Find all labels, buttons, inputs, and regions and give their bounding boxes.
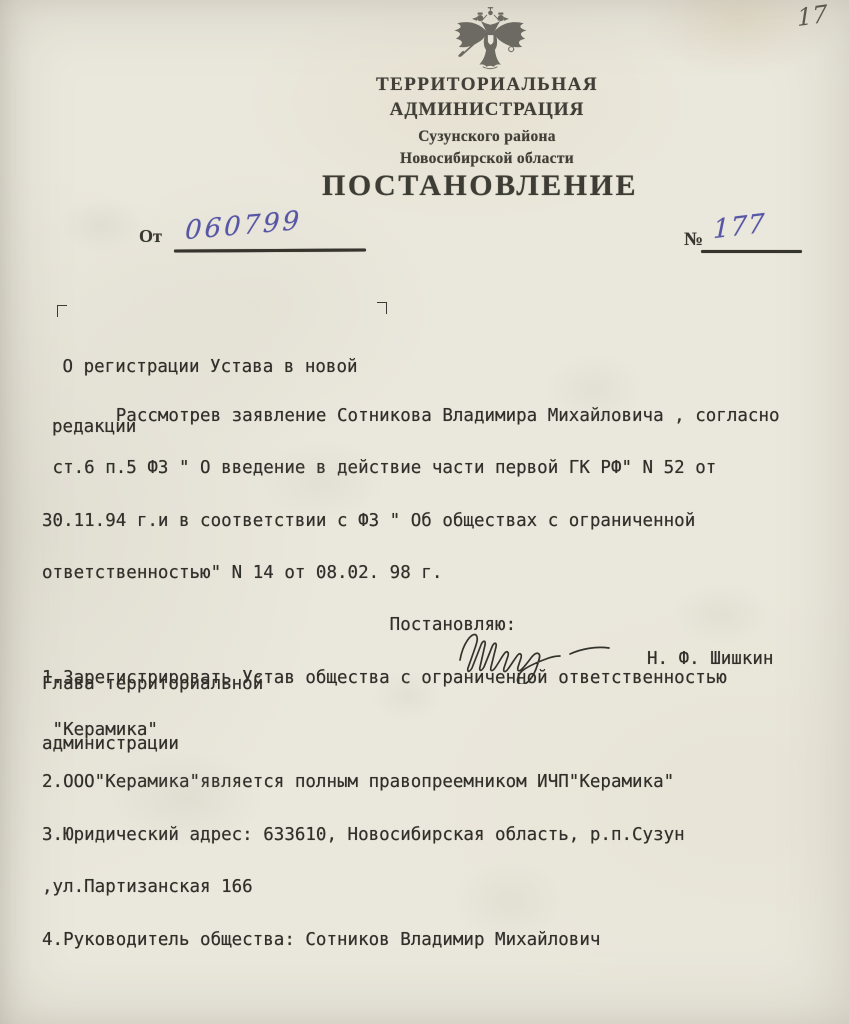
handwritten-signature-icon xyxy=(450,626,620,688)
handwritten-page-number: 17 xyxy=(797,0,828,32)
letterhead-org-line1: ТЕРРИТОРИАЛЬНАЯ xyxy=(376,74,598,96)
letterhead-org-line2: АДМИНИСТРАЦИЯ xyxy=(376,99,598,121)
signer-position-line1: Глава территориальной xyxy=(42,674,263,694)
corner-bracket-right-icon xyxy=(377,302,387,314)
body-line: Постановляю: xyxy=(42,617,780,634)
letterhead: ТЕРРИТОРИАЛЬНАЯ АДМИНИСТРАЦИЯ Сузунского… xyxy=(376,74,598,168)
handwritten-date-value: 060799 xyxy=(184,206,302,246)
signer-position: Глава территориальной администрации xyxy=(42,634,263,794)
scanned-decree-page: 17 xyxy=(0,0,849,1024)
body-line: 3.Юридический адрес: 633610, Новосибирск… xyxy=(42,827,780,844)
body-line: Рассмотрев заявление Сотникова Владимира… xyxy=(42,408,780,425)
corner-bracket-left-icon xyxy=(57,305,67,317)
date-underline xyxy=(174,248,366,252)
body-line: ст.6 п.5 ФЗ " О введение в действие част… xyxy=(42,460,780,477)
body-line: 4.Руководитель общества: Сотников Владим… xyxy=(42,932,780,949)
double-headed-eagle-icon xyxy=(448,7,530,79)
signer-position-line2: администрации xyxy=(42,734,263,754)
letterhead-district-line: Сузунского района xyxy=(376,128,598,146)
number-underline xyxy=(701,250,802,253)
date-label: От xyxy=(139,226,162,247)
body-line: ,ул.Партизанская 166 xyxy=(42,879,780,896)
letterhead-region-line: Новосибирской области xyxy=(376,150,598,168)
number-label: № xyxy=(684,229,703,251)
body-line: ответственностью" N 14 от 08.02. 98 г. xyxy=(42,565,780,582)
signer-name: Н. Ф. Шишкин xyxy=(647,651,773,668)
handwritten-number-value: 177 xyxy=(713,209,766,246)
document-title: ПОСТАНОВЛЕНИЕ xyxy=(322,169,638,203)
body-line: 30.11.94 г.и в соответствии с ФЗ " Об об… xyxy=(42,513,780,530)
